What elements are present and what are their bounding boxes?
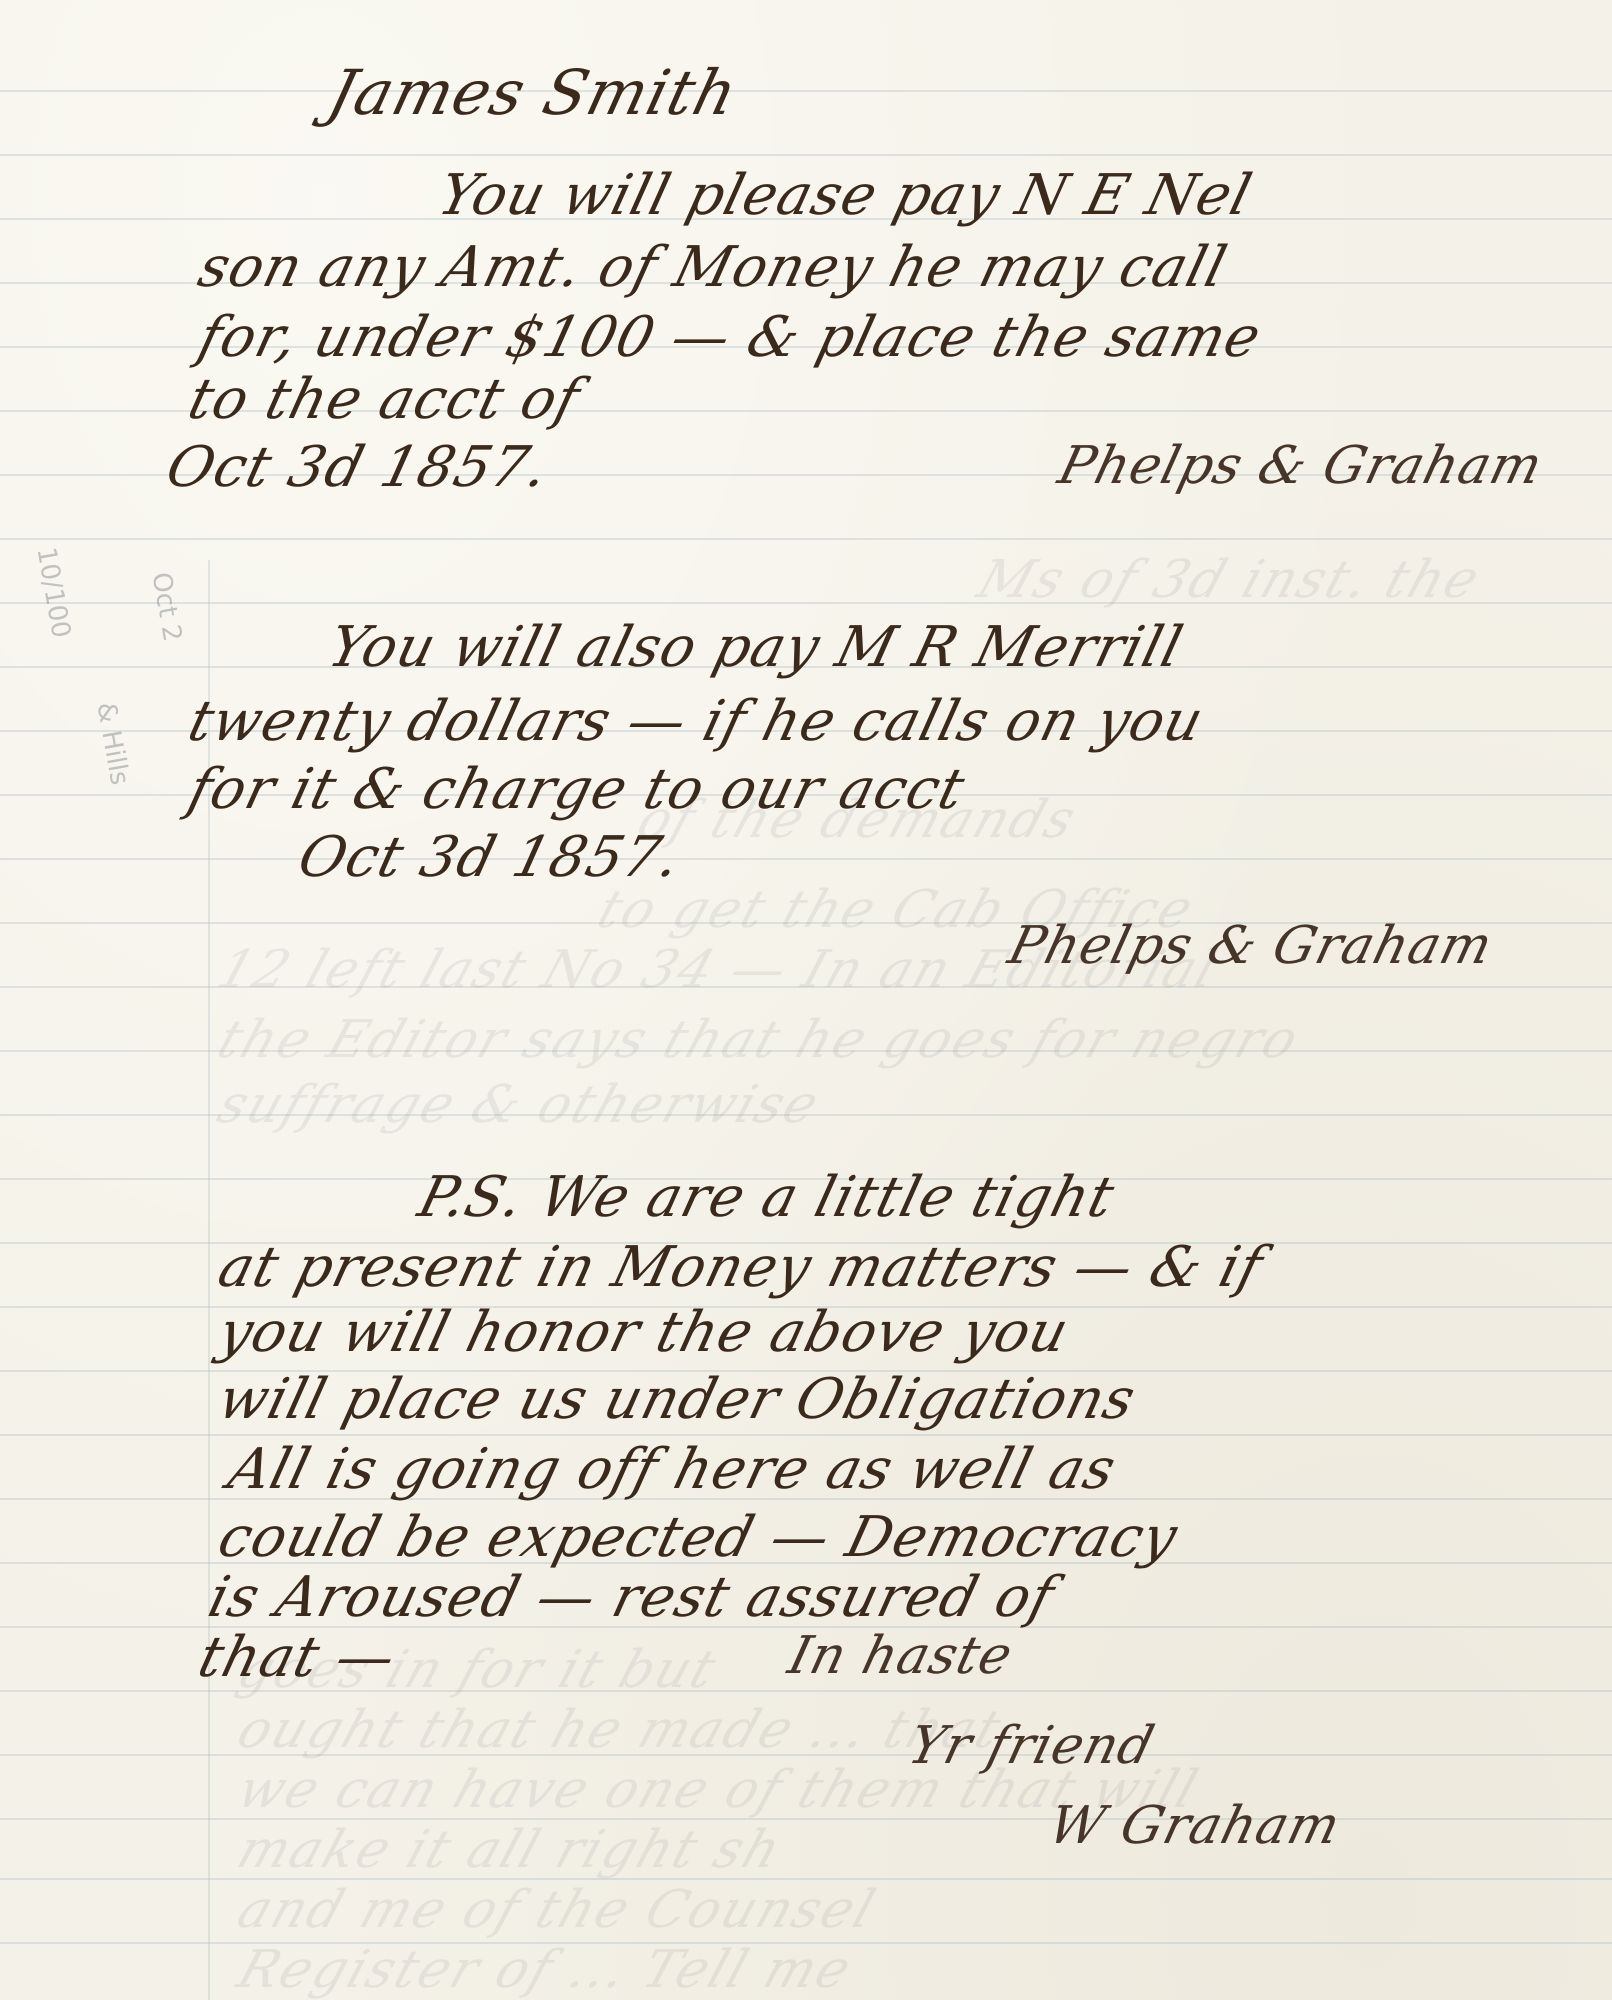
margin-pencil-note: & Hills [90,700,134,787]
ps-line-2: at present in Money matters — & if [213,1240,1268,1296]
ruled-line [0,154,1612,156]
reverse-bleed: Ms of 3d inst. the [970,550,1488,610]
reverse-bleed: suffrage & otherwise [210,1075,827,1135]
reverse-bleed: ought that he made ... that [230,1700,1009,1760]
order-1-line-2: son any Amt. of Money he may call [193,240,1232,296]
ps-line-6: could be expected — Democracy [213,1510,1183,1566]
ps-line-4: will place us under Obligations [213,1372,1141,1428]
ruled-line [0,538,1612,540]
order-2-date: Oct 3d 1857. [293,830,686,886]
salutation: James Smith [322,62,743,124]
reverse-bleed: make it all right sh [230,1820,789,1880]
order-1-line-4: to the acct of [183,372,585,428]
order-2-signature: Phelps & Graham [1004,920,1498,972]
ps-line-1: P.S. We are a little tight [413,1170,1120,1226]
ps-closing: In haste [784,1630,1018,1682]
ruled-line [0,858,1612,860]
order-2-line-1: You will also pay M R Merrill [323,620,1188,676]
order-2-line-3: for it & charge to our acct [183,762,970,818]
margin-pencil-note: 10/100 [30,545,75,640]
ps-line-8: that — [193,1630,401,1686]
ps-line-3: you will honor the above you [213,1305,1074,1361]
reverse-bleed: the Editor says that he goes for negro [210,1010,1307,1070]
ruled-line [0,1434,1612,1436]
margin-pencil-note: Oct 2 [145,570,187,644]
order-1-line-1: You will please pay N E Nel [433,168,1257,224]
order-2-line-2: twenty dollars — if he calls on you [183,694,1209,750]
order-1-line-3: for, under $100 — & place the same [193,310,1266,366]
reverse-bleed: Register of ... Tell me [230,1940,860,2000]
reverse-bleed: and me of the Counsel [230,1880,883,1940]
ps-signature: W Graham [1044,1800,1346,1852]
ps-line-5: All is going off here as well as [223,1442,1121,1498]
letter-paper: Ms of 3d inst. the of the demands to get… [0,0,1612,2000]
ps-valediction: Yr friend [904,1720,1160,1772]
ruled-line [0,90,1612,92]
ps-line-7: is Aroused — rest assured of [203,1570,1060,1626]
order-1-signature: Phelps & Graham [1054,440,1548,492]
order-1-date: Oct 3d 1857. [161,440,554,496]
